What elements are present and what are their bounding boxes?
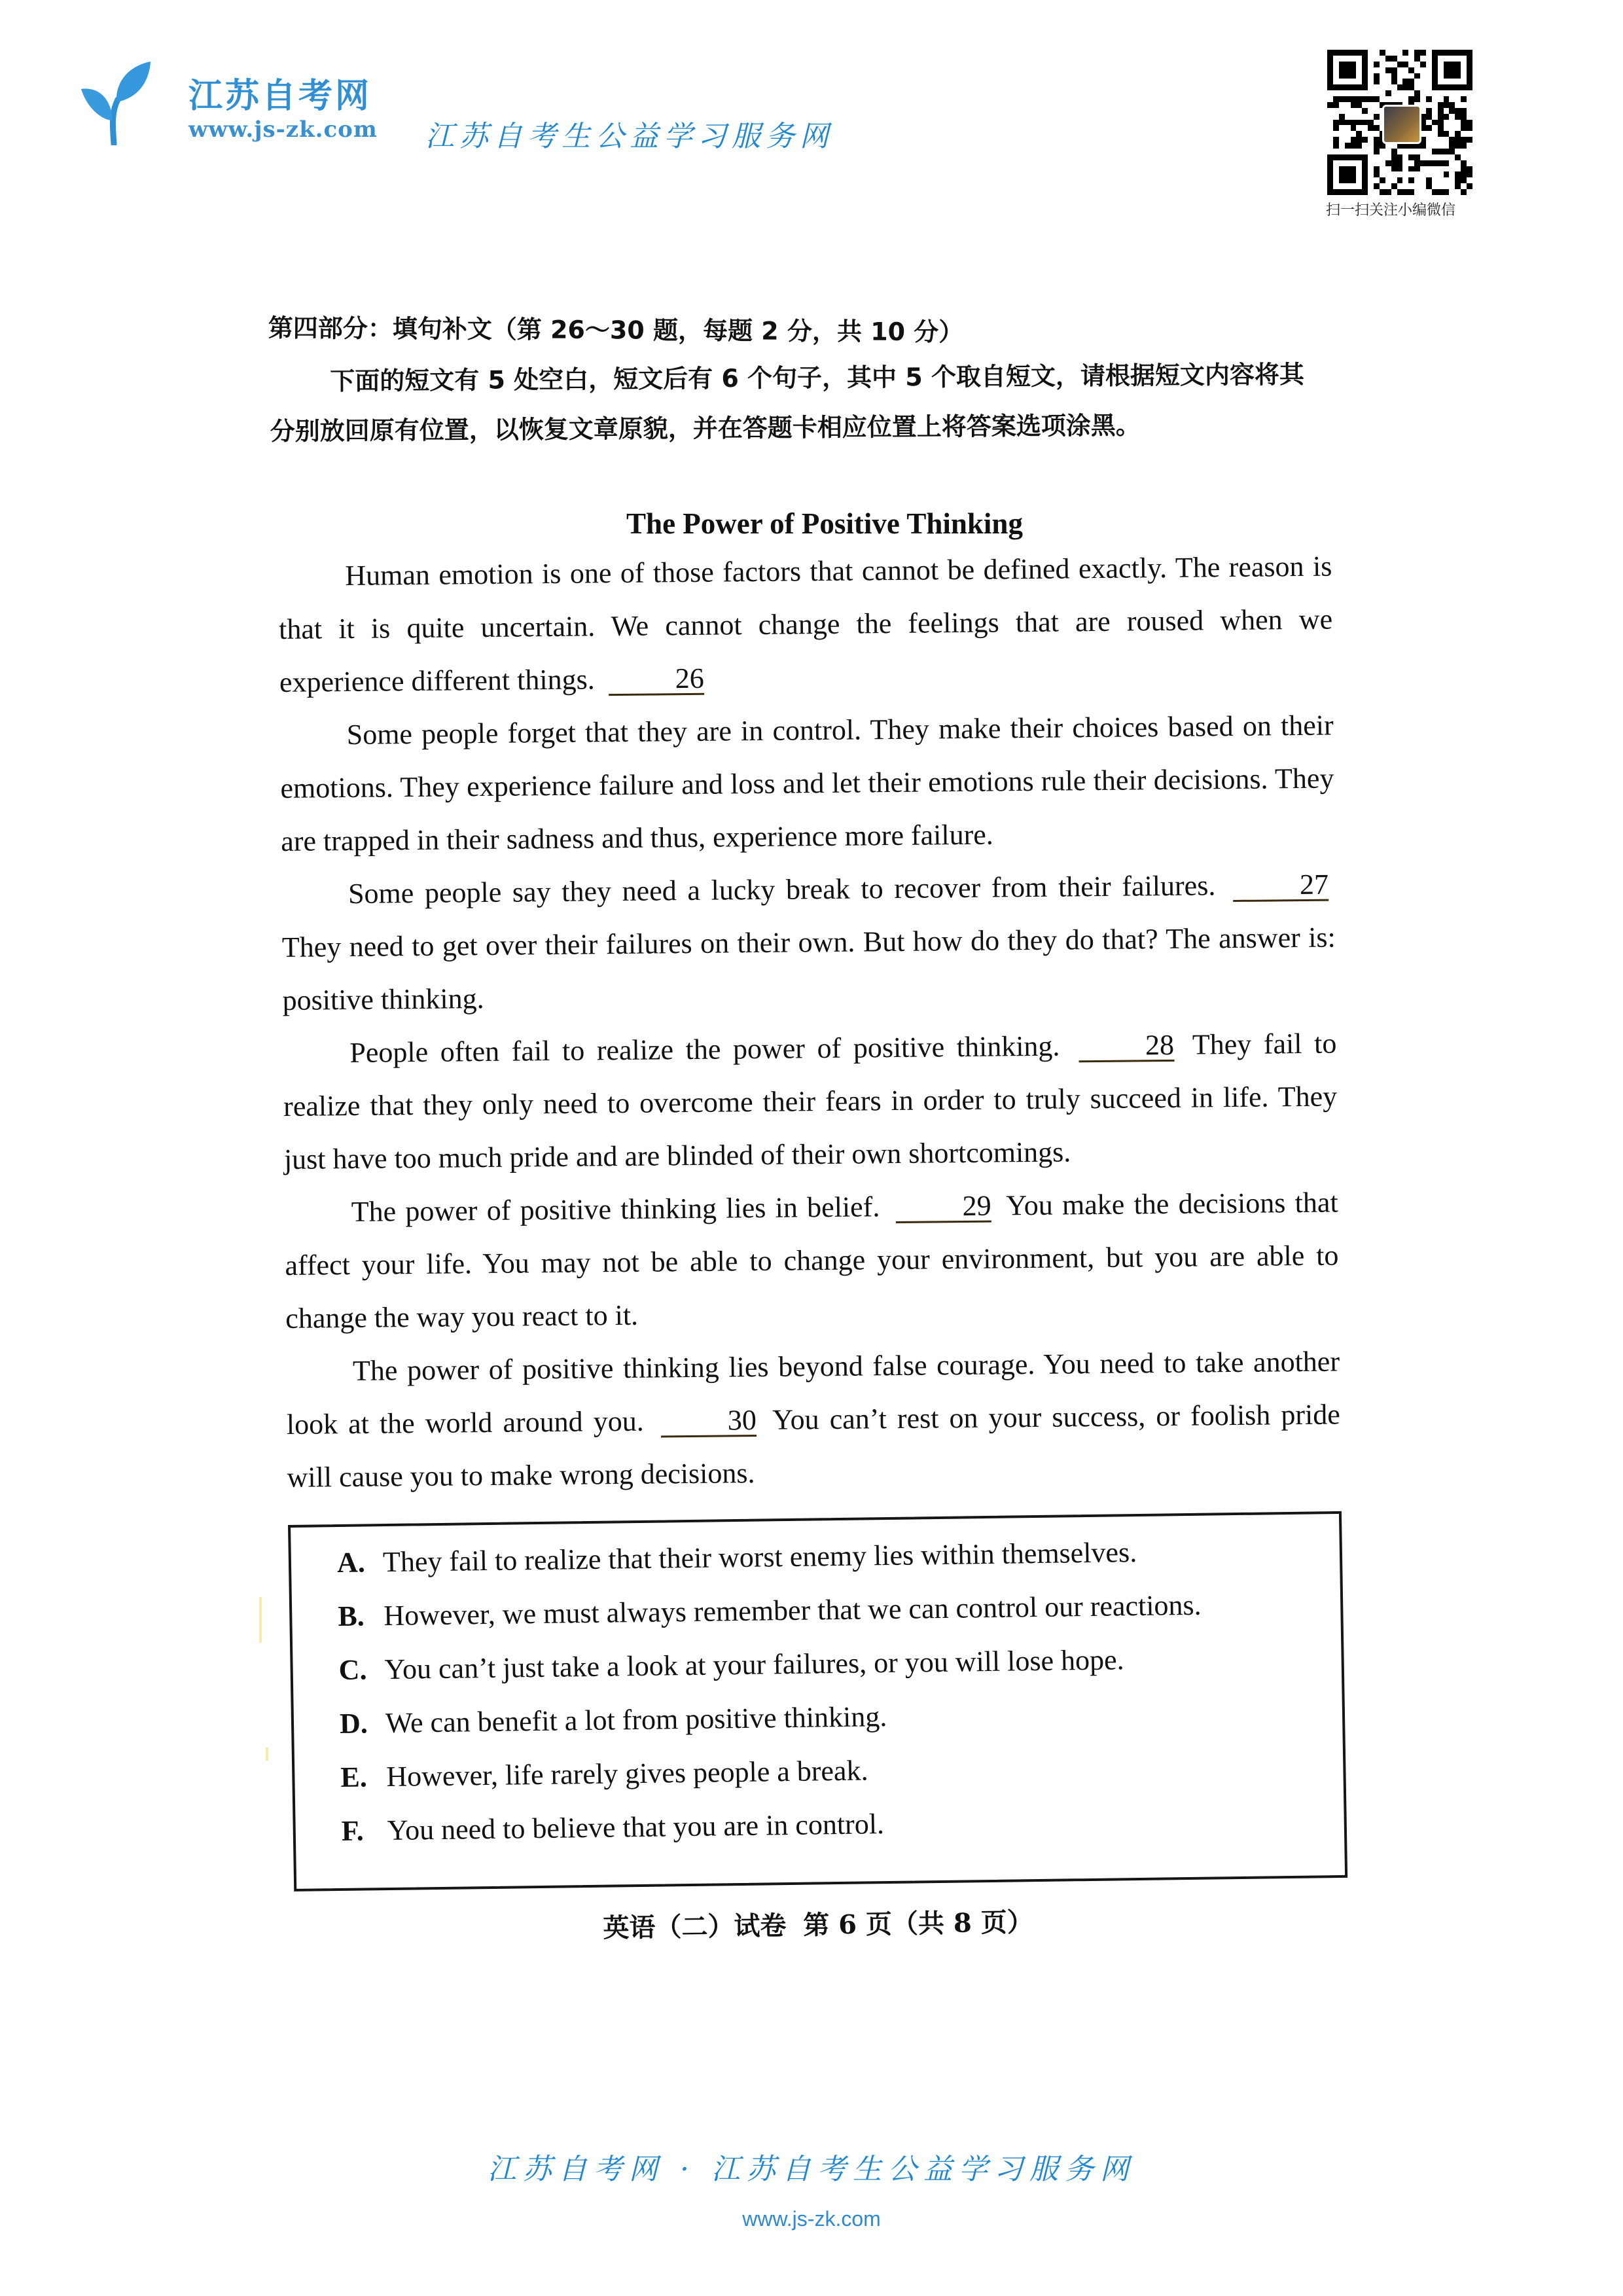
site-header: 江苏自考网 www.js-zk.com 江苏自考生公益学习服务网 <box>72 52 857 151</box>
footer-slogan: 江苏自考网 · 江苏自考生公益学习服务网 <box>0 2145 1623 2187</box>
qr-block: 扫一扫关注小编微信 <box>1327 50 1491 220</box>
section-heading: 第四部分：填句补文（第 26～30 题，每题 2 分，共 10 分） <box>268 308 964 348</box>
passage-paragraph: Some people forget that they are in cont… <box>279 699 1334 868</box>
paragraph-text: They need to get over their failures on … <box>282 922 1336 1016</box>
option-letter: E. <box>340 1750 387 1804</box>
paragraph-text: Some people say they need a lucky break … <box>348 869 1216 910</box>
option-letter: B. <box>338 1589 384 1643</box>
options-list: A.They fail to realize that their worst … <box>336 1523 1331 1858</box>
passage-paragraph: The power of positive thinking lies in b… <box>284 1176 1339 1345</box>
passage-paragraph: People often fail to realize the power o… <box>283 1017 1338 1186</box>
scan-mark <box>266 1748 268 1761</box>
blank-30[interactable]: 30 <box>661 1406 757 1437</box>
paragraph-text: The power of positive thinking lies in b… <box>351 1191 880 1228</box>
paragraph-text: People often fail to realize the power o… <box>349 1030 1060 1069</box>
site-url[interactable]: www.js-zk.com <box>188 117 378 143</box>
blank-26[interactable]: 26 <box>608 664 704 696</box>
passage-paragraph: Human emotion is one of those factors th… <box>278 540 1333 709</box>
page-number: 第 6 页（共 8 页） <box>803 1907 1033 1941</box>
section-instructions: 下面的短文有 5 处空白，短文后有 6 个句子，其中 5 个取自短文，请根据短文… <box>270 350 1317 456</box>
options-box: A.They fail to realize that their worst … <box>288 1511 1347 1892</box>
site-name: 江苏自考网 <box>188 68 372 117</box>
option-letter: F. <box>341 1804 387 1858</box>
site-slogan: 江苏自考生公益学习服务网 <box>425 113 834 154</box>
passage-title: The Power of Positive Thinking <box>0 507 1623 541</box>
blank-29[interactable]: 29 <box>895 1192 991 1223</box>
passage-paragraph: The power of positive thinking lies beyo… <box>286 1335 1341 1503</box>
blank-28[interactable]: 28 <box>1079 1031 1174 1062</box>
passage-body: Human emotion is one of those factors th… <box>278 540 1341 1504</box>
qr-caption: 扫一扫关注小编微信 <box>1326 199 1455 219</box>
paragraph-text: Some people forget that they are in cont… <box>280 709 1334 857</box>
paragraph-text: Human emotion is one of those factors th… <box>279 550 1332 698</box>
qr-avatar-image <box>1382 105 1421 144</box>
option-letter: C. <box>338 1643 385 1697</box>
option-text: However, life rarely gives people a brea… <box>386 1754 868 1793</box>
page-footer: 英语（二）试卷 第 6 页（共 8 页） <box>0 1893 1623 1954</box>
footer-url[interactable]: www.js-zk.com <box>0 2207 1623 2231</box>
option-text: You can’t just take a look at your failu… <box>384 1643 1124 1685</box>
scan-mark <box>259 1597 262 1643</box>
option-text: However, we must always remember that we… <box>383 1589 1202 1632</box>
option-text: You need to believe that you are in cont… <box>387 1808 884 1846</box>
option-text: We can benefit a lot from positive think… <box>385 1700 887 1739</box>
option-text: They fail to realize that their worst en… <box>383 1536 1137 1578</box>
exam-subject: 英语（二）试卷 <box>603 1910 787 1944</box>
blank-27[interactable]: 27 <box>1233 870 1329 902</box>
sprout-leaf-icon <box>79 60 151 145</box>
passage-paragraph: Some people say they need a lucky break … <box>281 858 1336 1027</box>
option-letter: A. <box>336 1535 383 1590</box>
option-letter: D. <box>339 1696 385 1751</box>
